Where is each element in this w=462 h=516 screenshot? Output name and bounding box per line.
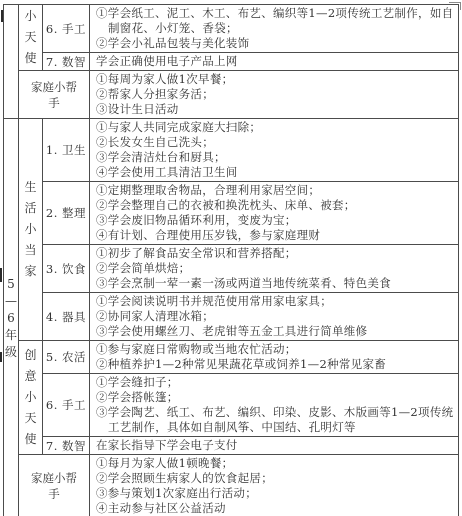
grade-cell-5-6: 5—6年级 <box>4 119 19 516</box>
content-item: ②种植养护1—2种常见果蔬花草或饲养1—2种常见家畜 <box>96 357 454 372</box>
content-item: ①初步了解食品安全常识和营养搭配； <box>96 246 454 261</box>
content-cell: 在家长指导下学会电子支付 <box>90 437 459 455</box>
item-label-cell: 7. 数智 <box>43 437 90 455</box>
content-cell: ①每周为家人做1次早餐； ②帮家人分担家务活； ③设计生日活动 <box>90 71 459 119</box>
item-label-cell: 3. 饮食 <box>43 245 90 293</box>
table-row: 3. 饮食 ①初步了解食品安全常识和营养搭配； ②学会简单烘焙； ③学会烹制一荤… <box>4 245 459 293</box>
content-item: ①每周为家人做1次早餐； <box>96 72 454 87</box>
content-item: 在家长指导下学会电子支付 <box>96 438 454 453</box>
scan-artifact <box>0 268 2 282</box>
content-item: ④学会使用工具清洁卫生间 <box>96 165 454 180</box>
category-cell-helper-top: 家庭小帮手 <box>19 71 90 119</box>
category-cell-helper-bottom: 家庭小帮手 <box>19 455 90 516</box>
content-cell: ①学会纸工、泥工、木工、布艺、编织等1—2项传统工艺制作，如自制窗花、小灯笼、香… <box>90 5 459 53</box>
content-item: ③设计生日活动 <box>96 102 454 117</box>
category-label: 家庭小帮手 <box>31 470 77 502</box>
content-item: ②学会整理自己的衣被和换洗枕头、床单、被套； <box>96 198 454 213</box>
content-cell: 学会正确使用电子产品上网 <box>90 53 459 71</box>
item-label-cell: 1. 卫生 <box>43 119 90 182</box>
item-label-cell: 4. 器具 <box>43 293 90 341</box>
table-row: 2. 整理 ①定期整理取舍物品，合理利用家居空间； ②学会整理自己的衣被和换洗枕… <box>4 182 459 245</box>
category-cell-creative: 创意小天使 <box>19 341 43 455</box>
item-label-cell: 7. 数智 <box>43 53 90 71</box>
category-label: 生活小当家 <box>24 177 38 282</box>
content-item: ②协同家人清理冰箱； <box>96 309 454 324</box>
table-row: 创意小天使 5. 农活 ①参与家庭日常购物或当地农忙活动； ②种植养护1—2种常… <box>4 341 459 374</box>
content-item: ④主动参与社区公益活动 <box>96 501 454 516</box>
content-item: ③参与策划1次家庭出行活动； <box>96 486 454 501</box>
content-item: ①与家人共同完成家庭大扫除； <box>96 120 454 135</box>
content-cell: ①定期整理取舍物品，合理利用家居空间； ②学会整理自己的衣被和换洗枕头、床单、被… <box>90 182 459 245</box>
table-row: 4. 器具 ①学会阅读说明书并规范使用常用家电家具； ②协同家人清理冰箱； ③学… <box>4 293 459 341</box>
content-item: ①定期整理取舍物品，合理利用家居空间； <box>96 183 454 198</box>
scan-artifact <box>0 352 2 362</box>
table-row: 7. 数智 在家长指导下学会电子支付 <box>4 437 459 455</box>
scanned-document-page: { "colors": { "border": "#4c4c4c", "text… <box>0 0 462 516</box>
table-row: 7. 数智 学会正确使用电子产品上网 <box>4 53 459 71</box>
content-item: ①学会缝扣子； <box>96 375 454 390</box>
category-label: 小天使 <box>24 6 38 69</box>
content-item: ③学会清洁灶台和厨具； <box>96 150 454 165</box>
grade-cell-top <box>4 5 19 119</box>
table-row: 5—6年级 生活小当家 1. 卫生 ①与家人共同完成家庭大扫除； ②长发女生自己… <box>4 119 459 182</box>
content-cell: ①参与家庭日常购物或当地农忙活动； ②种植养护1—2种常见果蔬花草或饲养1—2种… <box>90 341 459 374</box>
content-item: ③学会使用螺丝刀、老虎钳等五金工具进行简单维修 <box>96 324 454 339</box>
table-row: 家庭小帮手 ①每周为家人做1次早餐； ②帮家人分担家务活； ③设计生日活动 <box>4 71 459 119</box>
content-cell: ①每月为家人做1顿晚餐； ②学会照顾生病家人的饮食起居； ③参与策划1次家庭出行… <box>90 455 459 516</box>
content-item: ③学会废旧物品循环利用，变废为宝； <box>96 213 454 228</box>
item-label-cell: 5. 农活 <box>43 341 90 374</box>
content-item: ①参与家庭日常购物或当地农忙活动； <box>96 342 454 357</box>
table-row: 6. 手工 ①学会缝扣子； ②学会搭帐篷； ③学会陶艺、纸工、布艺、编织、印染、… <box>4 374 459 437</box>
content-item: ①每月为家人做1顿晚餐； <box>96 456 454 471</box>
content-item: ②学会照顾生病家人的饮食起居； <box>96 471 454 486</box>
content-item: ②长发女生自己洗头； <box>96 135 454 150</box>
item-label-cell: 6. 手工 <box>43 5 90 53</box>
item-label-cell: 6. 手工 <box>43 374 90 437</box>
content-cell: ①学会阅读说明书并规范使用常用家电家具； ②协同家人清理冰箱； ③学会使用螺丝刀… <box>90 293 459 341</box>
table-row: 小天使 6. 手工 ①学会纸工、泥工、木工、布艺、编织等1—2项传统工艺制作，如… <box>4 5 459 53</box>
content-item: ③学会烹制一荤一素一汤或两道当地传统菜肴、特色美食 <box>96 276 454 291</box>
category-cell-life: 生活小当家 <box>19 119 43 341</box>
category-label: 家庭小帮手 <box>31 79 77 111</box>
item-label-cell: 2. 整理 <box>43 182 90 245</box>
category-cell-partial: 小天使 <box>19 5 43 71</box>
content-item: ①学会阅读说明书并规范使用常用家电家具； <box>96 294 454 309</box>
content-cell: ①学会缝扣子； ②学会搭帐篷； ③学会陶艺、纸工、布艺、编织、印染、皮影、木版画… <box>90 374 459 437</box>
content-cell: ①初步了解食品安全常识和营养搭配； ②学会简单烘焙； ③学会烹制一荤一素一汤或两… <box>90 245 459 293</box>
grade-label: 5—6年级 <box>4 276 18 361</box>
content-item: ①学会纸工、泥工、木工、布艺、编织等1—2项传统工艺制作，如自制窗花、小灯笼、香… <box>96 6 454 36</box>
labor-education-curriculum-table: 小天使 6. 手工 ①学会纸工、泥工、木工、布艺、编织等1—2项传统工艺制作，如… <box>3 4 459 516</box>
content-item: 学会正确使用电子产品上网 <box>96 54 454 69</box>
content-item: ④有计划、合理使用压岁钱，参与家庭理财 <box>96 228 454 243</box>
table-row: 家庭小帮手 ①每月为家人做1顿晚餐； ②学会照顾生病家人的饮食起居； ③参与策划… <box>4 455 459 516</box>
content-item: ②学会小礼品包装与美化装饰 <box>96 36 454 51</box>
content-item: ②学会简单烘焙； <box>96 261 454 276</box>
category-label: 创意小天使 <box>24 345 38 450</box>
content-item: ②学会搭帐篷； <box>96 390 454 405</box>
content-item: ③学会陶艺、纸工、布艺、编织、印染、皮影、木版画等1—2项传统工艺制作，具体如自… <box>96 405 454 435</box>
content-item: ②帮家人分担家务活； <box>96 87 454 102</box>
content-cell: ①与家人共同完成家庭大扫除； ②长发女生自己洗头； ③学会清洁灶台和厨具； ④学… <box>90 119 459 182</box>
